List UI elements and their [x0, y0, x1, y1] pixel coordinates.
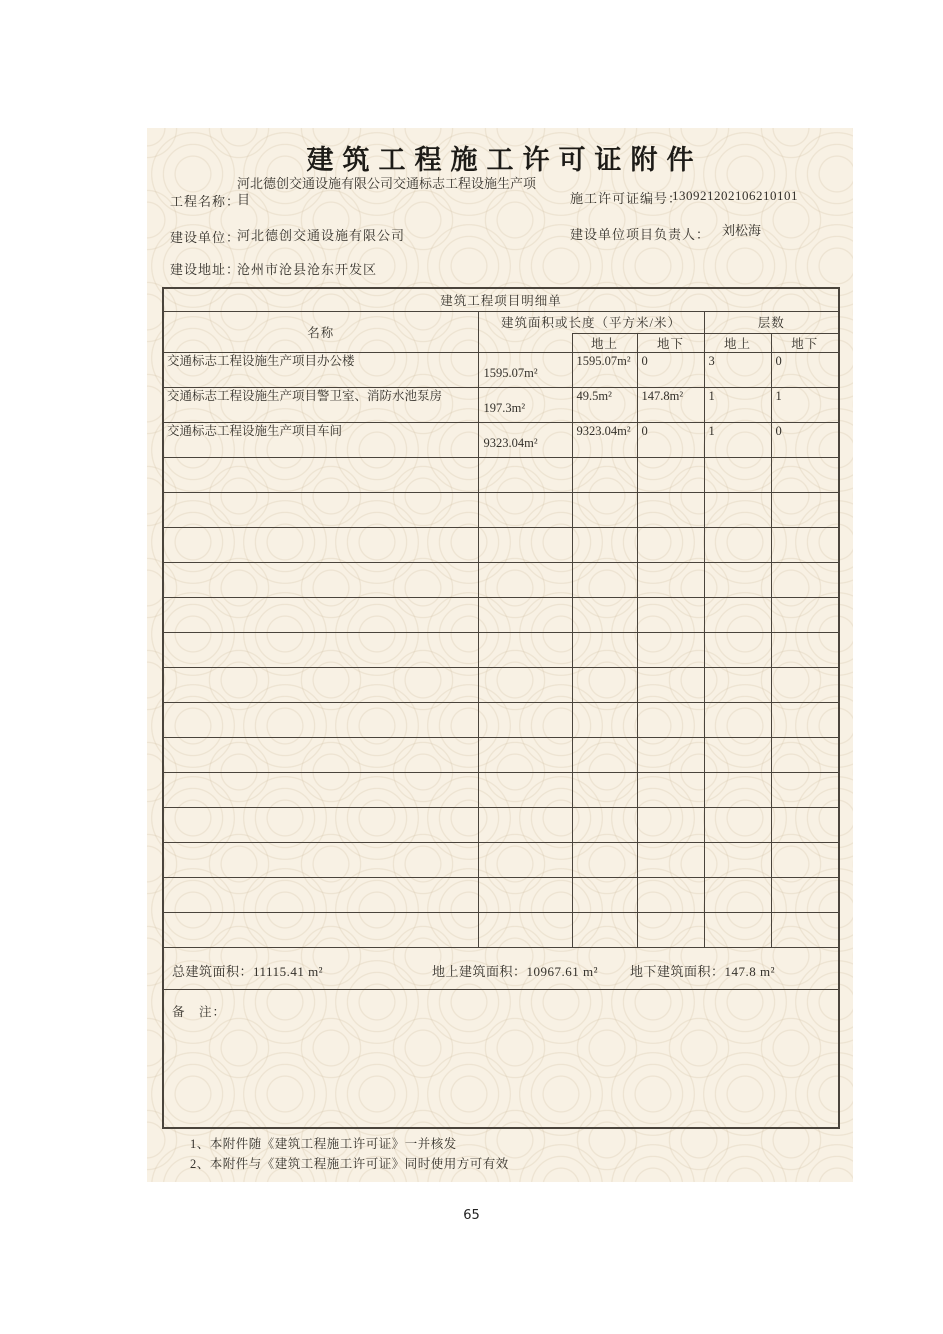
empty-row — [163, 877, 839, 912]
cell-below-floors: 0 — [771, 422, 839, 457]
cell-below-area — [637, 632, 704, 667]
cell-below-floors — [771, 737, 839, 772]
project-manager-value: 刘松海 — [722, 223, 761, 239]
cell-below-floors: 1 — [771, 387, 839, 422]
empty-row — [163, 912, 839, 947]
cell-total-area — [478, 772, 572, 807]
permit-number-label: 施工许可证编号： — [570, 188, 682, 207]
cell-project-name — [163, 912, 478, 947]
cell-below-area — [637, 807, 704, 842]
cell-total-area — [478, 597, 572, 632]
cell-above-area — [572, 457, 637, 492]
remarks-row: 备 注： — [163, 989, 839, 1128]
cell-above-floors — [704, 667, 771, 702]
cell-below-area — [637, 527, 704, 562]
cell-total-area — [478, 562, 572, 597]
cell-above-floors — [704, 492, 771, 527]
project-manager-label: 建设单位项目负责人： — [570, 224, 710, 243]
cell-project-name: 交通标志工程设施生产项目车间 — [163, 422, 478, 457]
table-title-row: 建筑工程项目明细单 — [163, 288, 839, 311]
cell-above-floors — [704, 457, 771, 492]
header-total-blank — [478, 333, 572, 352]
builder-value: 河北德创交通设施有限公司 — [237, 228, 405, 244]
empty-row — [163, 667, 839, 702]
cell-above-area — [572, 527, 637, 562]
cell-below-floors — [771, 632, 839, 667]
cell-total-area — [478, 702, 572, 737]
cell-below-area — [637, 667, 704, 702]
remarks-cell: 备 注： — [163, 989, 839, 1128]
cell-above-area — [572, 807, 637, 842]
cell-above-floors — [704, 562, 771, 597]
empty-row — [163, 842, 839, 877]
cell-project-name — [163, 667, 478, 702]
cell-total-area — [478, 492, 572, 527]
cell-total-area: 1595.07m² — [478, 352, 572, 387]
cell-below-area — [637, 702, 704, 737]
empty-row — [163, 737, 839, 772]
cell-above-area — [572, 632, 637, 667]
cell-project-name — [163, 702, 478, 737]
project-name-label: 工程名称： — [170, 191, 240, 210]
empty-row — [163, 562, 839, 597]
cell-above-floors — [704, 632, 771, 667]
project-row: 交通标志工程设施生产项目警卫室、消防水池泵房197.3m²49.5m²147.8… — [163, 387, 839, 422]
cell-above-floors: 1 — [704, 387, 771, 422]
document-title: 建筑工程施工许可证附件 — [147, 138, 853, 177]
table-title: 建筑工程项目明细单 — [163, 288, 839, 311]
cell-project-name: 交通标志工程设施生产项目警卫室、消防水池泵房 — [163, 387, 478, 422]
cell-below-floors — [771, 772, 839, 807]
header-floors-group: 层数 — [704, 311, 839, 333]
cell-below-area — [637, 912, 704, 947]
cell-above-floors — [704, 737, 771, 772]
cell-above-floors — [704, 597, 771, 632]
cell-below-area: 0 — [637, 422, 704, 457]
empty-row — [163, 597, 839, 632]
below-ground-area: 地下建筑面积：147.8 m² — [630, 961, 775, 980]
project-detail-table: 建筑工程项目明细单 名称 建筑面积或长度（平方米/米） 层数 地上 地下 地上 … — [162, 287, 840, 1129]
cell-below-area — [637, 597, 704, 632]
cell-above-area — [572, 877, 637, 912]
cell-below-area — [637, 842, 704, 877]
empty-row — [163, 492, 839, 527]
cell-project-name: 交通标志工程设施生产项目办公楼 — [163, 352, 478, 387]
permit-number-value: 130921202106210101 — [672, 188, 798, 204]
cell-project-name — [163, 457, 478, 492]
header-floors-below: 地下 — [771, 333, 839, 352]
cell-below-area — [637, 877, 704, 912]
cell-total-area — [478, 632, 572, 667]
header-area-above: 地上 — [572, 333, 637, 352]
address-value: 沧州市沧县沧东开发区 — [237, 262, 377, 278]
builder-label: 建设单位： — [170, 227, 240, 246]
cell-below-floors — [771, 702, 839, 737]
address-label: 建设地址： — [170, 259, 240, 278]
cell-project-name — [163, 877, 478, 912]
page-number: 65 — [0, 1208, 943, 1223]
cell-above-area — [572, 492, 637, 527]
cell-below-area — [637, 772, 704, 807]
cell-total-area: 9323.04m² — [478, 422, 572, 457]
above-ground-area: 地上建筑面积：10967.61 m² — [432, 961, 598, 980]
cell-below-floors — [771, 492, 839, 527]
cell-above-area — [572, 737, 637, 772]
header-name: 名称 — [163, 311, 478, 352]
document-page: 建筑工程施工许可证附件 工程名称： 河北德创交通设施有限公司交通标志工程设施生产… — [147, 128, 853, 1182]
cell-total-area — [478, 527, 572, 562]
cell-below-floors — [771, 527, 839, 562]
cell-total-area — [478, 457, 572, 492]
cell-above-area — [572, 667, 637, 702]
cell-above-area: 49.5m² — [572, 387, 637, 422]
cell-total-area: 197.3m² — [478, 387, 572, 422]
cell-below-floors — [771, 597, 839, 632]
totals-row: 总建筑面积：11115.41 m² 地上建筑面积：10967.61 m² 地下建… — [163, 947, 839, 989]
header-area-below: 地下 — [637, 333, 704, 352]
cell-below-area: 0 — [637, 352, 704, 387]
cell-project-name — [163, 492, 478, 527]
project-name-value: 河北德创交通设施有限公司交通标志工程设施生产项目 — [237, 176, 543, 208]
total-area: 总建筑面积：11115.41 m² — [172, 961, 323, 980]
cell-below-floors — [771, 457, 839, 492]
cell-total-area — [478, 842, 572, 877]
cell-above-area — [572, 702, 637, 737]
cell-above-area — [572, 842, 637, 877]
cell-above-floors — [704, 842, 771, 877]
cell-project-name — [163, 597, 478, 632]
cell-below-area — [637, 737, 704, 772]
detail-table-body: 交通标志工程设施生产项目办公楼1595.07m²1595.07m²030交通标志… — [163, 352, 839, 947]
cell-above-floors — [704, 912, 771, 947]
cell-above-area — [572, 912, 637, 947]
empty-row — [163, 772, 839, 807]
cell-below-floors — [771, 667, 839, 702]
cell-project-name — [163, 842, 478, 877]
header-floors-above: 地上 — [704, 333, 771, 352]
cell-below-area — [637, 457, 704, 492]
cell-above-floors: 3 — [704, 352, 771, 387]
cell-above-area — [572, 597, 637, 632]
cell-project-name — [163, 772, 478, 807]
footnote-1: 1、本附件随《建筑工程施工许可证》一并核发 — [190, 1134, 509, 1154]
footnote-2: 2、本附件与《建筑工程施工许可证》同时使用方可有效 — [190, 1154, 509, 1174]
cell-above-area: 1595.07m² — [572, 352, 637, 387]
project-row: 交通标志工程设施生产项目车间9323.04m²9323.04m²010 — [163, 422, 839, 457]
cell-above-floors — [704, 702, 771, 737]
footnotes: 1、本附件随《建筑工程施工许可证》一并核发 2、本附件与《建筑工程施工许可证》同… — [190, 1134, 509, 1174]
cell-below-area — [637, 492, 704, 527]
cell-above-floors: 1 — [704, 422, 771, 457]
cell-above-floors — [704, 807, 771, 842]
cell-below-area — [637, 562, 704, 597]
empty-row — [163, 632, 839, 667]
empty-row — [163, 457, 839, 492]
empty-row — [163, 702, 839, 737]
totals-cell: 总建筑面积：11115.41 m² 地上建筑面积：10967.61 m² 地下建… — [163, 947, 839, 989]
header-area-group: 建筑面积或长度（平方米/米） — [478, 311, 704, 333]
cell-above-floors — [704, 527, 771, 562]
cell-project-name — [163, 527, 478, 562]
project-row: 交通标志工程设施生产项目办公楼1595.07m²1595.07m²030 — [163, 352, 839, 387]
table-header-row-1: 名称 建筑面积或长度（平方米/米） 层数 — [163, 311, 839, 333]
empty-row — [163, 527, 839, 562]
cell-project-name — [163, 562, 478, 597]
cell-above-area — [572, 562, 637, 597]
cell-below-floors — [771, 562, 839, 597]
cell-above-floors — [704, 772, 771, 807]
cell-below-floors — [771, 877, 839, 912]
cell-above-area: 9323.04m² — [572, 422, 637, 457]
cell-total-area — [478, 877, 572, 912]
cell-total-area — [478, 667, 572, 702]
cell-total-area — [478, 737, 572, 772]
cell-project-name — [163, 807, 478, 842]
cell-below-floors — [771, 912, 839, 947]
empty-row — [163, 807, 839, 842]
cell-below-floors: 0 — [771, 352, 839, 387]
cell-below-area: 147.8m² — [637, 387, 704, 422]
cell-below-floors — [771, 842, 839, 877]
cell-above-floors — [704, 877, 771, 912]
cell-below-floors — [771, 807, 839, 842]
cell-total-area — [478, 807, 572, 842]
cell-above-area — [572, 772, 637, 807]
cell-project-name — [163, 632, 478, 667]
cell-project-name — [163, 737, 478, 772]
cell-total-area — [478, 912, 572, 947]
